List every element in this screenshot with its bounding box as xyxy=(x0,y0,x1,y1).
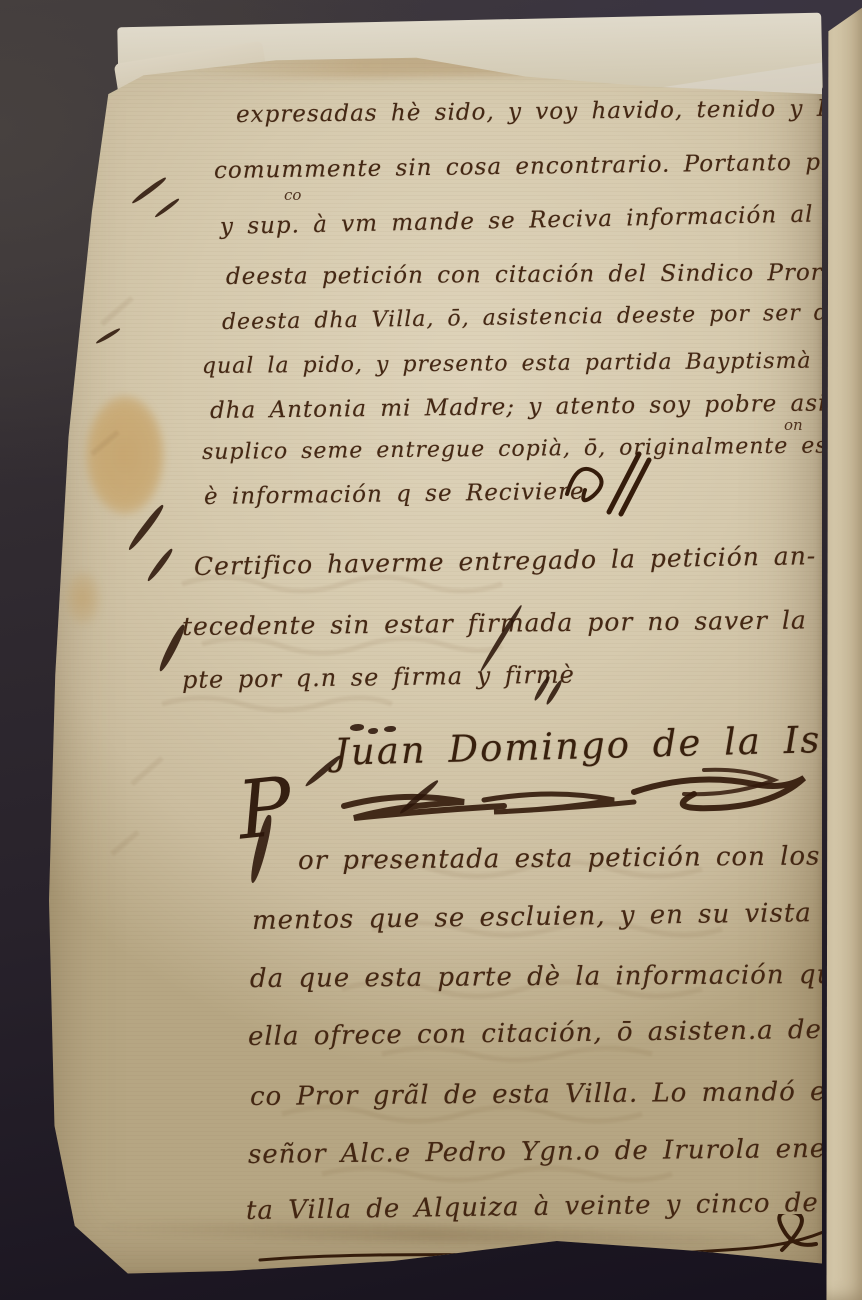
certification-line: Certifico haverme entregado la petición … xyxy=(194,541,817,581)
decree-line: señor Alc.e Pedro Ygn.o de Irurola enes- xyxy=(248,1134,851,1170)
ink-stroke xyxy=(154,198,181,219)
petition-line: y sup. à vm mande se Reciva información … xyxy=(220,200,862,240)
petition-line: deesta petición con citación del Sindico… xyxy=(226,259,862,290)
decree-line: ta Villa de Alquiza à veinte y cinco de xyxy=(246,1188,819,1226)
superscript-abbreviation: co xyxy=(284,186,301,204)
ink-stroke xyxy=(95,327,121,344)
ink-stroke xyxy=(131,176,168,205)
paper-stain xyxy=(66,572,100,624)
decree-line: mentos que se escluien, y en su vista se… xyxy=(252,896,862,936)
paper-stain xyxy=(86,396,164,514)
ink-stroke xyxy=(398,779,440,816)
petition-line: qual la pido, y presento esta partida Ba… xyxy=(202,348,862,379)
ink-stroke xyxy=(145,547,174,582)
decree-line: co Pror grãl de esta Villa. Lo mandó el xyxy=(250,1077,836,1112)
manuscript-page: co expresadas hè sido, y voy havido, ten… xyxy=(42,24,822,1276)
torn-edge-discoloration xyxy=(92,1219,772,1249)
superscript-abbreviation: on xyxy=(784,416,803,434)
decree-line: ella ofrece con citación, ō asisten.a de… xyxy=(248,1014,862,1052)
decree-line: da que esta parte dè la información que … xyxy=(250,959,862,994)
petition-line: deesta dha Villa, ō, asistencia deeste p… xyxy=(222,299,862,335)
signature-name: Juan Domingo de la Isla xyxy=(334,717,860,774)
decree-line: or presentada esta petición con los docu… xyxy=(298,841,862,876)
petition-line: dha Antonia mi Madre; y atento soy pobre… xyxy=(210,390,862,424)
petition-line: suplico seme entregue copià, ō, original… xyxy=(202,432,862,465)
petition-line: expresadas hè sido, y voy havido, tenido… xyxy=(236,95,862,128)
certification-line: tecedente sin estar firmada por no saver… xyxy=(182,605,807,641)
signature-flourish xyxy=(304,766,824,846)
petition-line: comummente sin cosa encontrario. Portant… xyxy=(214,149,862,184)
photograph-backdrop: co expresadas hè sido, y voy havido, ten… xyxy=(0,0,862,1300)
petition-line: è información q se Reciviere xyxy=(204,479,585,510)
certification-line: pte por q.n se firma y firmè xyxy=(182,661,575,694)
